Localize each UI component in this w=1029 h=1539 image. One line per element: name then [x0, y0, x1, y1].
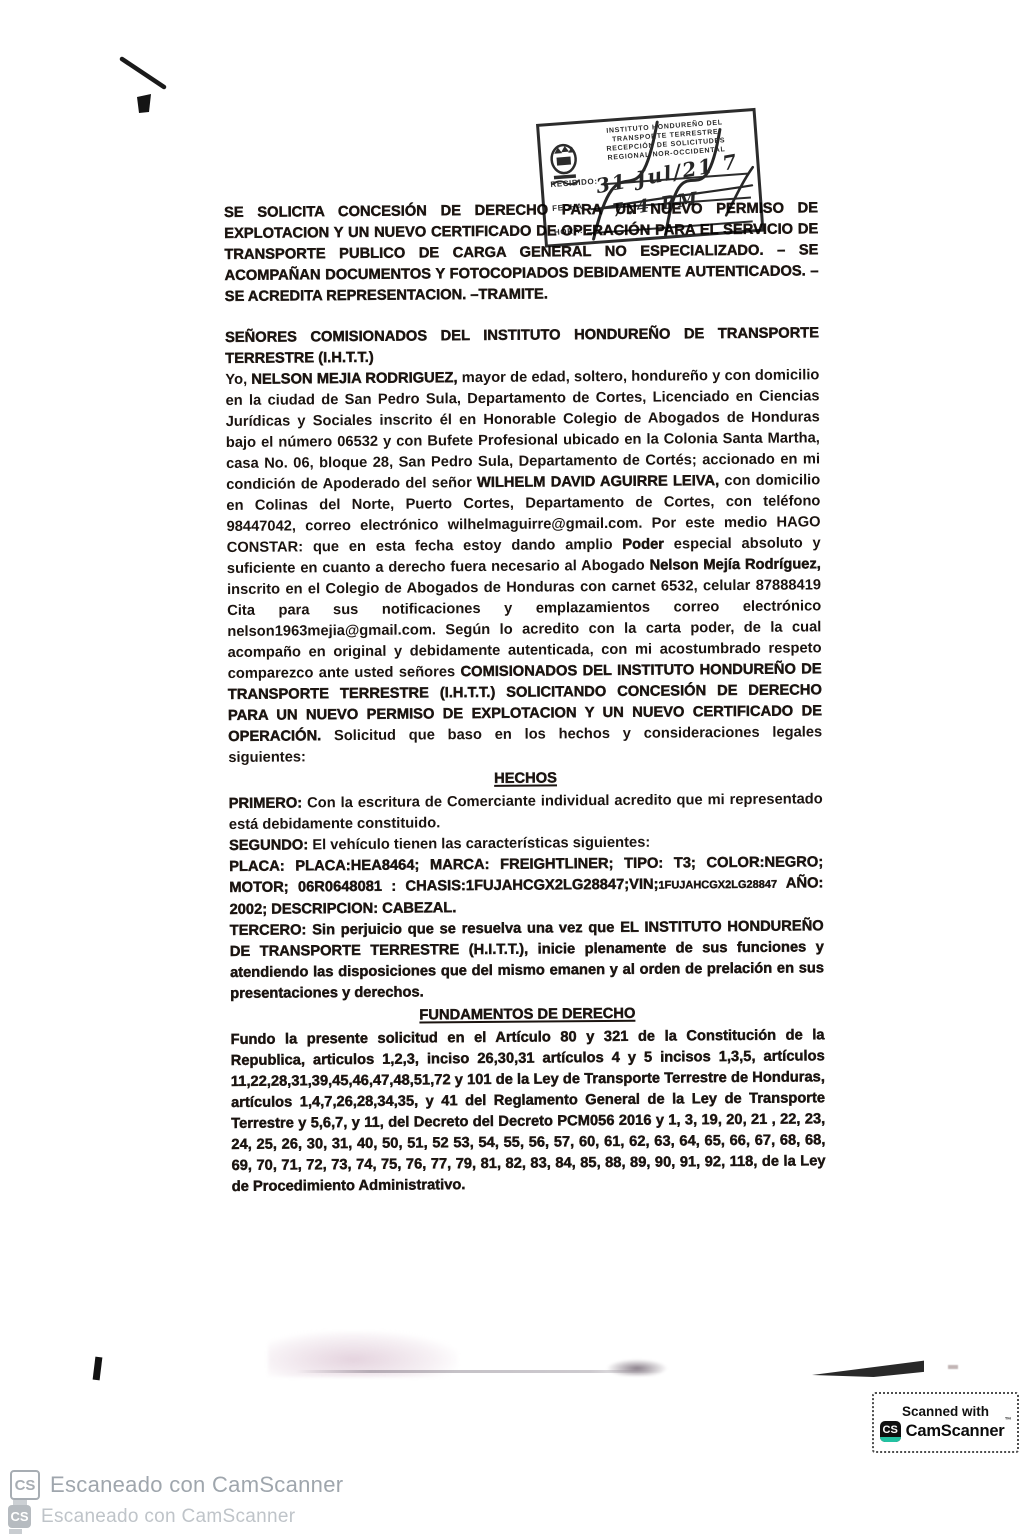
scanned-with-label: Scanned with — [902, 1404, 989, 1419]
scanned-document-page: INSTITUTO HONDUREÑO DEL TRANSPORTE TERRE… — [0, 0, 1029, 1539]
camscanner-logo-icon: CS — [10, 1470, 40, 1500]
fundamentos-heading: FUNDAMENTOS DE DERECHO — [230, 1002, 824, 1028]
watermark-label: Escaneado con CamScanner — [50, 1472, 343, 1498]
body-paragraph: Yo, NELSON MEJIA RODRIGUEZ, mayor de eda… — [225, 365, 822, 769]
camscanner-brand-label: CamScanner™ — [906, 1422, 1012, 1441]
page-edge-artifact — [812, 1360, 924, 1377]
camscanner-badge: Scanned with CS CamScanner™ — [872, 1392, 1019, 1453]
page-edge-tick — [93, 1357, 103, 1381]
scan-smudge-dark-spot — [606, 1359, 668, 1376]
tercero-paragraph: TERCERO: Sin perjuicio que se resuelva u… — [230, 916, 825, 1005]
handwriting-scribble-icon — [532, 101, 768, 257]
vehicle-details-paragraph: PLACA: PLACA:HEA8464; MARCA: FREIGHTLINE… — [229, 852, 823, 921]
hechos-heading: HECHOS — [228, 766, 822, 792]
fundamentos-paragraph: Fundo la presente solicitud en el Artícu… — [230, 1025, 825, 1198]
watermark-label: Escaneado con CamScanner — [41, 1506, 295, 1528]
salutation-paragraph: SEÑORES COMISIONADOS DEL INSTITUTO HONDU… — [225, 323, 819, 370]
primero-paragraph: PRIMERO: Con la escritura de Comerciante… — [229, 789, 823, 836]
reception-stamp: INSTITUTO HONDUREÑO DEL TRANSPORTE TERRE… — [536, 108, 764, 248]
camscanner-brand-row: CS CamScanner™ — [880, 1421, 1012, 1442]
camscanner-logo-icon: CS — [8, 1505, 31, 1528]
pen-mark-icon — [0, 0, 220, 140]
trademark-symbol: ™ — [1005, 1417, 1012, 1424]
document-text: SE SOLICITA CONCESIÓN DE DERECHO PARA UN… — [224, 198, 826, 1198]
page-edge-speck — [948, 1365, 958, 1369]
watermark-row: CS Escaneado con CamScanner — [8, 1505, 295, 1528]
watermark-row: CS Escaneado con CamScanner — [10, 1470, 343, 1500]
camscanner-logo-icon: CS — [880, 1421, 901, 1442]
scan-smudge-streak — [296, 1370, 664, 1373]
